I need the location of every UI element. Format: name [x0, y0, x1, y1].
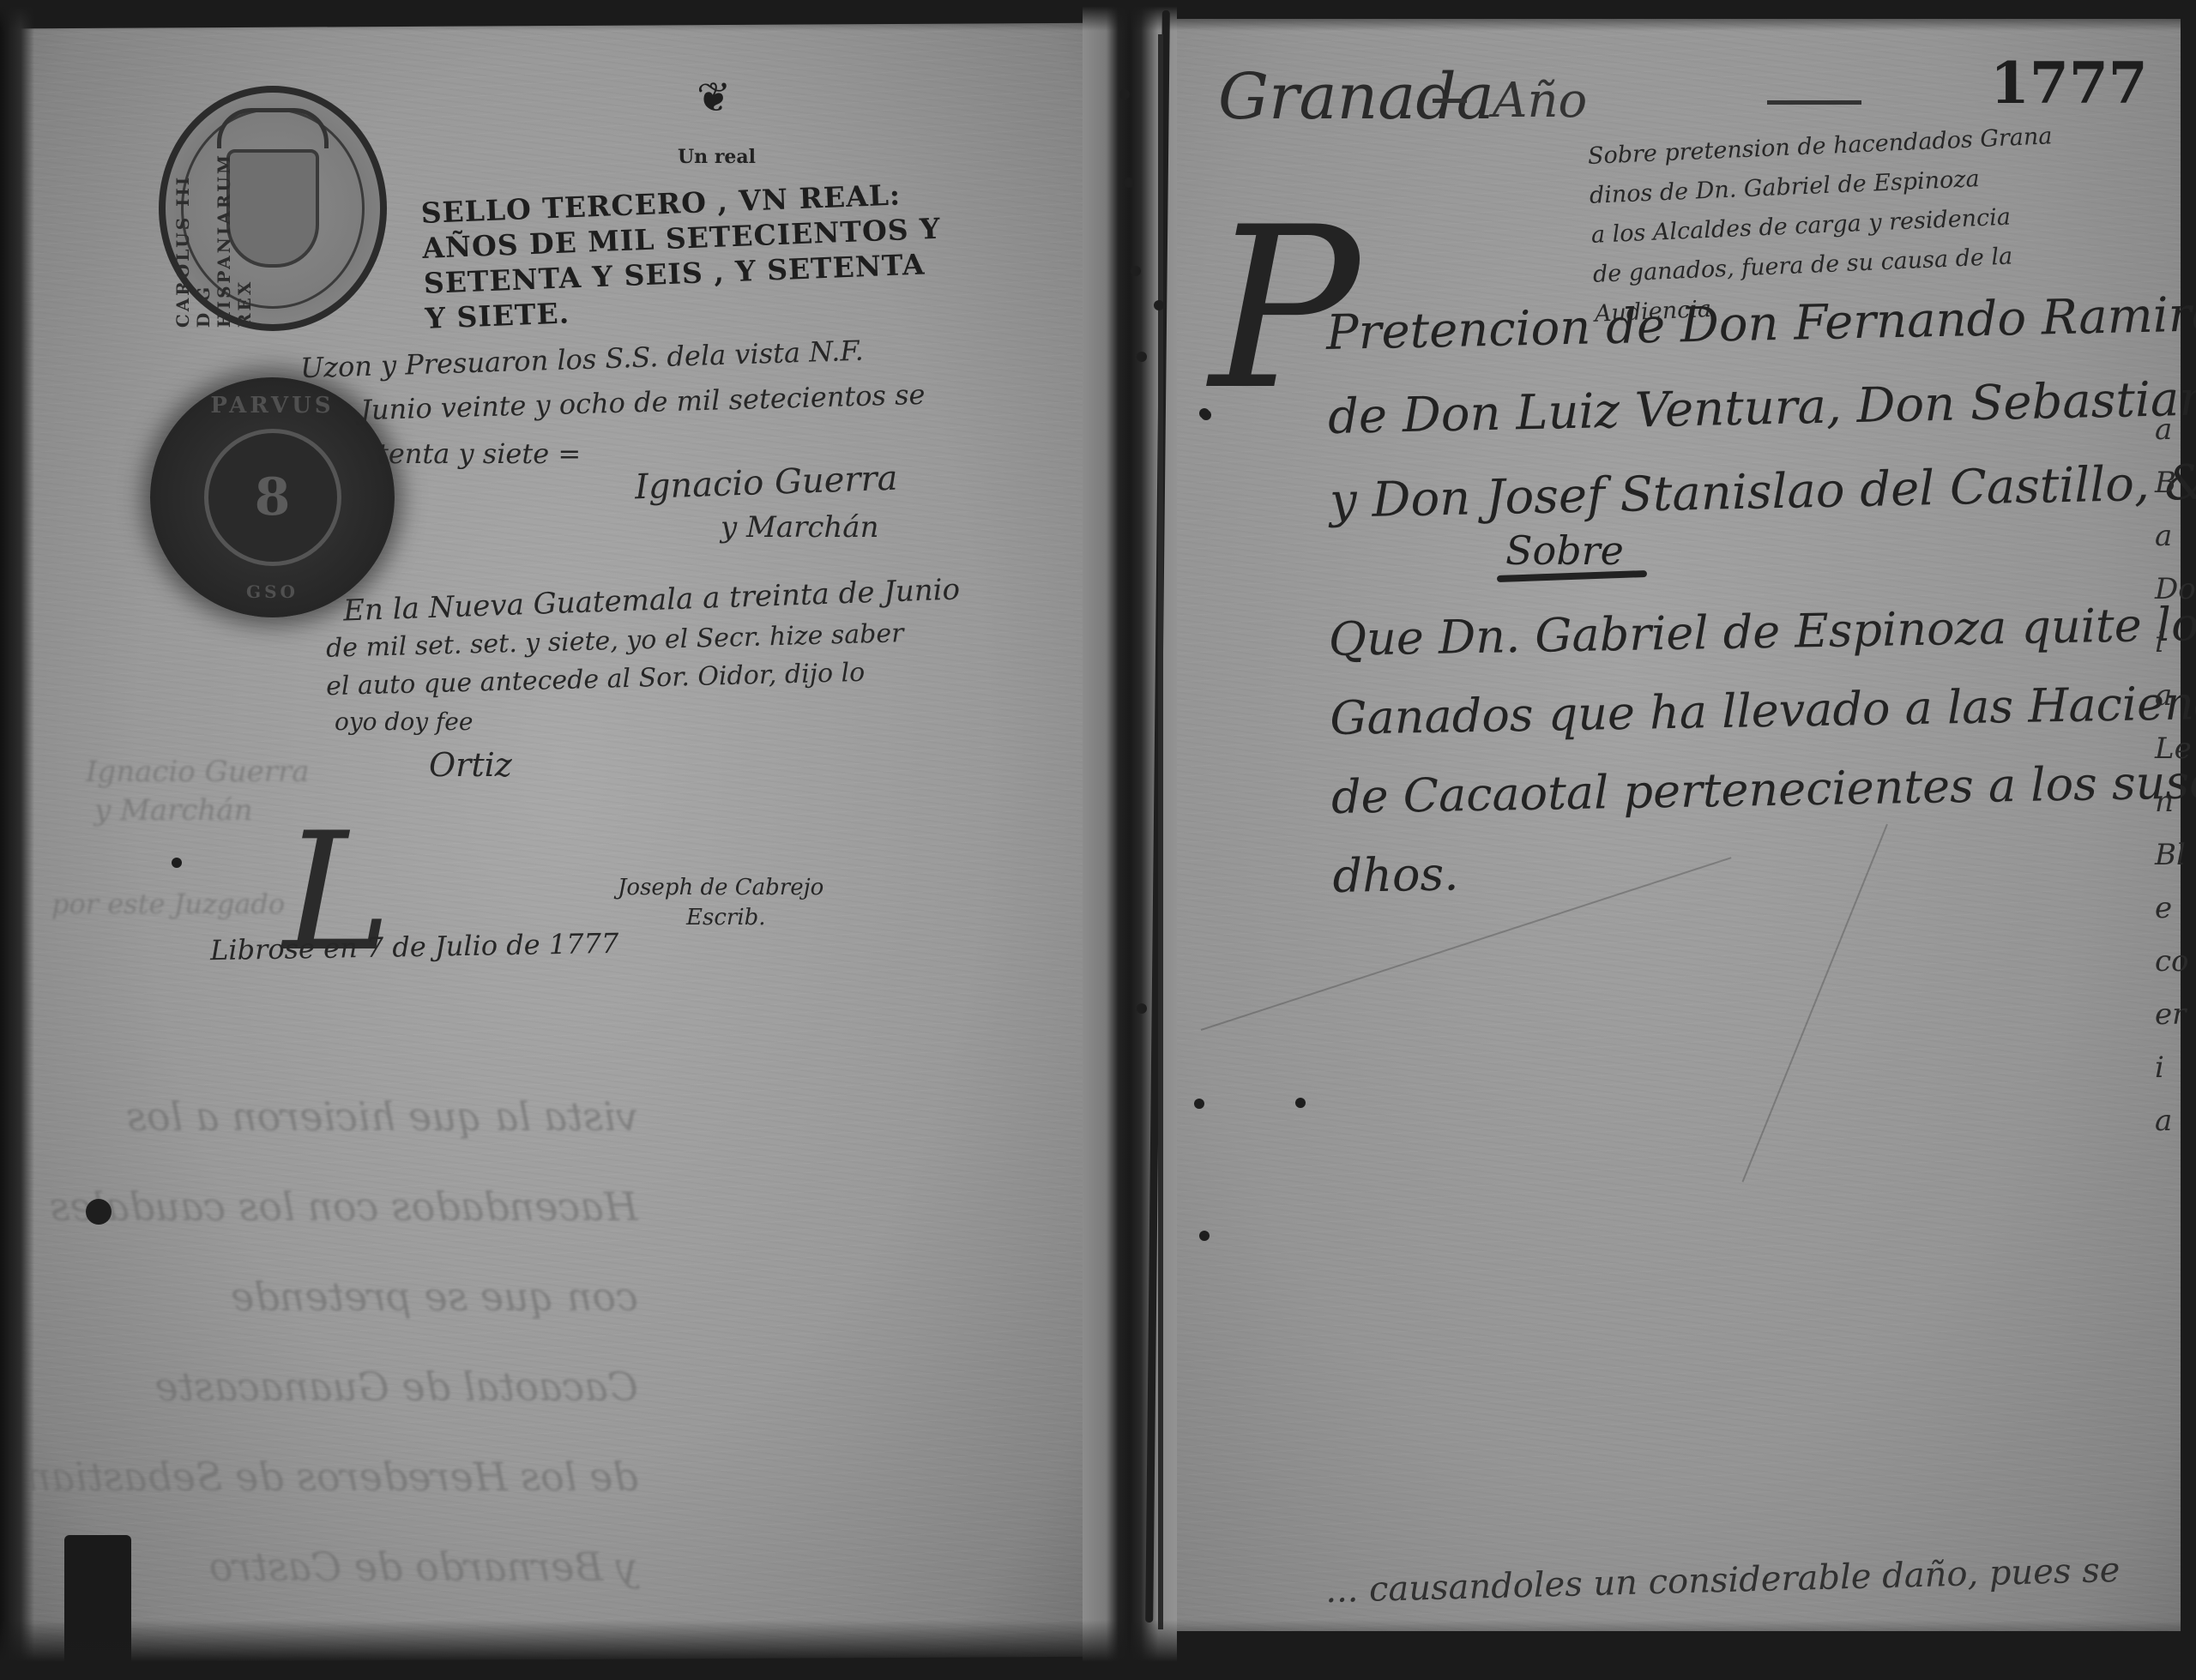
title-block: Pretencion de Don Fernando Ramirez de Do… — [1325, 273, 2196, 544]
binding-hole — [1137, 1003, 1147, 1014]
margin-fragment: er — [2155, 988, 2196, 1041]
scan-bottom-edge — [0, 1620, 2196, 1680]
ink-blot — [86, 1199, 112, 1225]
ink-spot — [1199, 408, 1210, 418]
binding-hole — [1119, 89, 1130, 99]
bleed-through-row: y Bernardo de Castro — [26, 1522, 638, 1612]
right-page-margin-rule — [1158, 34, 1163, 1629]
bleed-through-block: vista la que hicieron a los Hacendados c… — [26, 1072, 638, 1612]
signature-line-2: y Marchán — [721, 510, 878, 545]
margin-fragment: Do — [2155, 563, 2196, 616]
margin-fragment: Bl — [2155, 828, 2196, 882]
wax-seal-center: 8 — [255, 467, 291, 527]
body-line: Que Dn. Gabriel de Espinoza quite los — [1328, 584, 2196, 679]
binding-hole — [1194, 1099, 1204, 1109]
city-heading: Granada — [1218, 60, 1494, 134]
binding-hole — [1124, 178, 1134, 188]
heading-dash — [1767, 100, 1861, 105]
margin-fragment: a — [2155, 1094, 2196, 1147]
signature: Ortiz — [429, 746, 512, 784]
royal-stamp-seal: CAROLUS III D G HISPANIARUM REX — [159, 86, 387, 331]
binding-hole — [1137, 352, 1147, 362]
wax-seal: PARVUS 8 GSO — [150, 377, 395, 617]
bleed-through-row: con que se pretende — [26, 1252, 638, 1342]
margin-fragment: B — [2155, 456, 2196, 509]
bleed-through-row: Cacaotal de Guanacaste — [26, 1342, 638, 1432]
bleed-through-row: de los Herederos de Sebastian — [26, 1432, 638, 1522]
fleuron-icon: ❦ — [697, 74, 731, 122]
manuscript-spread: CAROLUS III D G HISPANIARUM REX PARVUS 8… — [0, 0, 2196, 1680]
sobre-heading: Sobre — [1505, 527, 1624, 574]
signature: Joseph de Cabrejo — [618, 875, 823, 900]
margin-fragment: a — [2155, 509, 2196, 563]
margin-fragment: a — [2155, 403, 2196, 456]
handwritten-line: tenta y siete = — [377, 437, 581, 470]
wax-seal-bottom-text: GSO — [246, 581, 299, 602]
margin-fragment: e — [2155, 882, 2196, 935]
body-line: de Cacaotal pertenecientes a los suso — [1330, 742, 2196, 837]
printed-stamp-header: SELLO TERCERO , VN REAL: AÑOS DE MIL SET… — [420, 172, 1026, 336]
ink-spot — [1295, 1098, 1306, 1108]
denomination: Un real — [678, 146, 756, 168]
bleed-through-text: y Marchán — [94, 793, 252, 828]
year-label: Año — [1493, 73, 1587, 129]
margin-fragment: co — [2155, 935, 2196, 988]
ink-spot — [172, 858, 182, 868]
bleed-through-row: Hacendados con los caudales — [26, 1162, 638, 1252]
margin-fragment: n — [2155, 775, 2196, 828]
margin-fragment: i — [2155, 616, 2196, 669]
margin-fragment: Le — [2155, 722, 2196, 775]
seal-legend: CAROLUS III D G HISPANIARUM REX — [172, 153, 255, 328]
binding-hole — [1154, 300, 1164, 310]
handwritten-line: oyo doy fee — [335, 708, 473, 736]
heading-dash — [1433, 99, 1467, 103]
next-page-margin-text: a B a Do i a Le n Bl e co er i a — [2155, 403, 2196, 1147]
scan-top-edge — [0, 0, 2196, 31]
binding-hole — [1199, 1231, 1210, 1241]
margin-fragment: a — [2155, 669, 2196, 722]
margin-fragment: i — [2155, 1041, 2196, 1094]
bleed-through-row: vista la que hicieron a los — [26, 1072, 638, 1162]
binding-hole — [1131, 266, 1141, 276]
bleed-through-text: por este Juzgado — [51, 888, 285, 920]
signature-title: Escrib. — [686, 905, 766, 930]
body-line: Ganados que ha llevado a las Haciendas — [1330, 663, 2196, 758]
wax-seal-legend: PARVUS — [210, 393, 334, 418]
body-line: dhos. — [1332, 821, 2196, 916]
year-value: 1777 — [1990, 50, 2148, 117]
bleed-through-text: Ignacio Guerra — [86, 755, 310, 789]
body-block: Que Dn. Gabriel de Espinoza quite los Ga… — [1328, 584, 2196, 916]
